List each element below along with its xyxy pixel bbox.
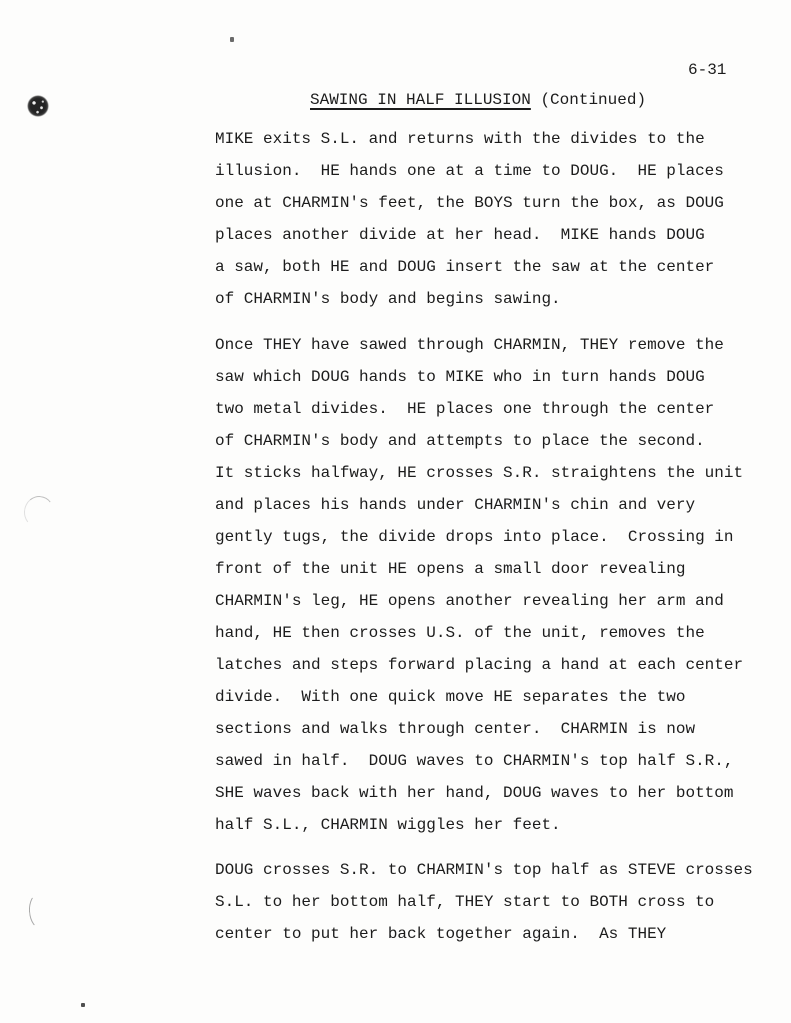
paragraph-2: Once THEY have sawed through CHARMIN, TH… (215, 329, 743, 841)
pencil-paren-mark-icon (28, 892, 52, 929)
pencil-curve-mark-icon (22, 495, 55, 530)
section-heading: SAWING IN HALF ILLUSION (Continued) (310, 90, 646, 110)
paragraph-3: DOUG crosses S.R. to CHARMIN's top half … (215, 854, 753, 950)
scan-speck-icon (81, 1003, 85, 1007)
scanned-script-page: 6-31 SAWING IN HALF ILLUSION (Continued)… (0, 0, 791, 1023)
ink-blot-icon (27, 95, 49, 117)
page-number: 6-31 (688, 60, 726, 80)
scan-speck-icon (230, 37, 234, 42)
section-heading-suffix: (Continued) (531, 91, 646, 109)
section-heading-title: SAWING IN HALF ILLUSION (310, 91, 531, 109)
paragraph-1: MIKE exits S.L. and returns with the div… (215, 123, 724, 315)
